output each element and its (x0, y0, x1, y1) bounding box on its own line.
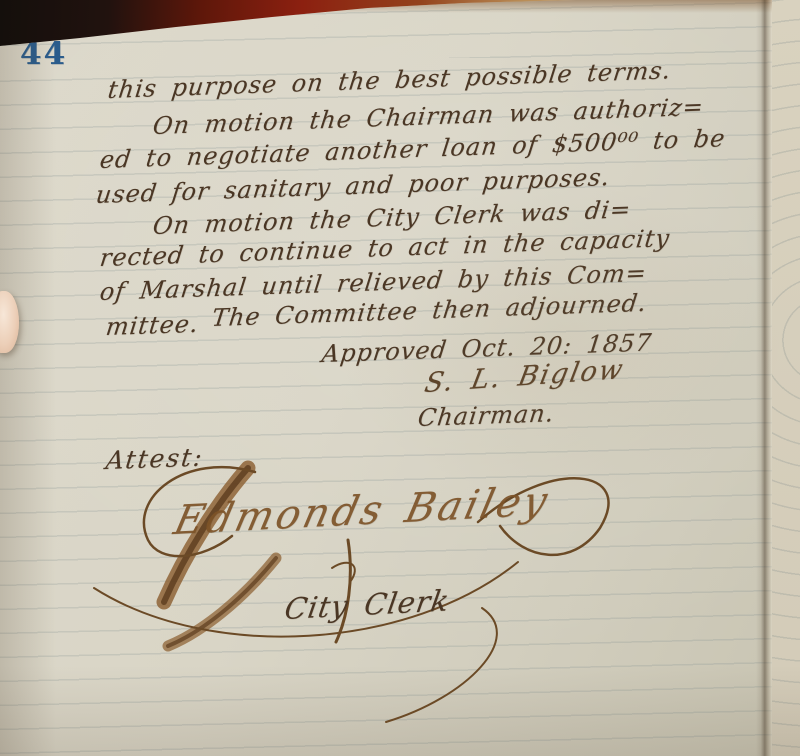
adjacent-page-edge (772, 0, 800, 756)
chairman-title-label: Chairman. (416, 399, 556, 432)
page-edge-crease (756, 0, 772, 756)
ledger-page: 44 this purpose on the best possible ter… (0, 0, 800, 756)
photo-canvas: 44 this purpose on the best possible ter… (0, 0, 800, 756)
handwriting-line: mittee. (104, 310, 200, 341)
